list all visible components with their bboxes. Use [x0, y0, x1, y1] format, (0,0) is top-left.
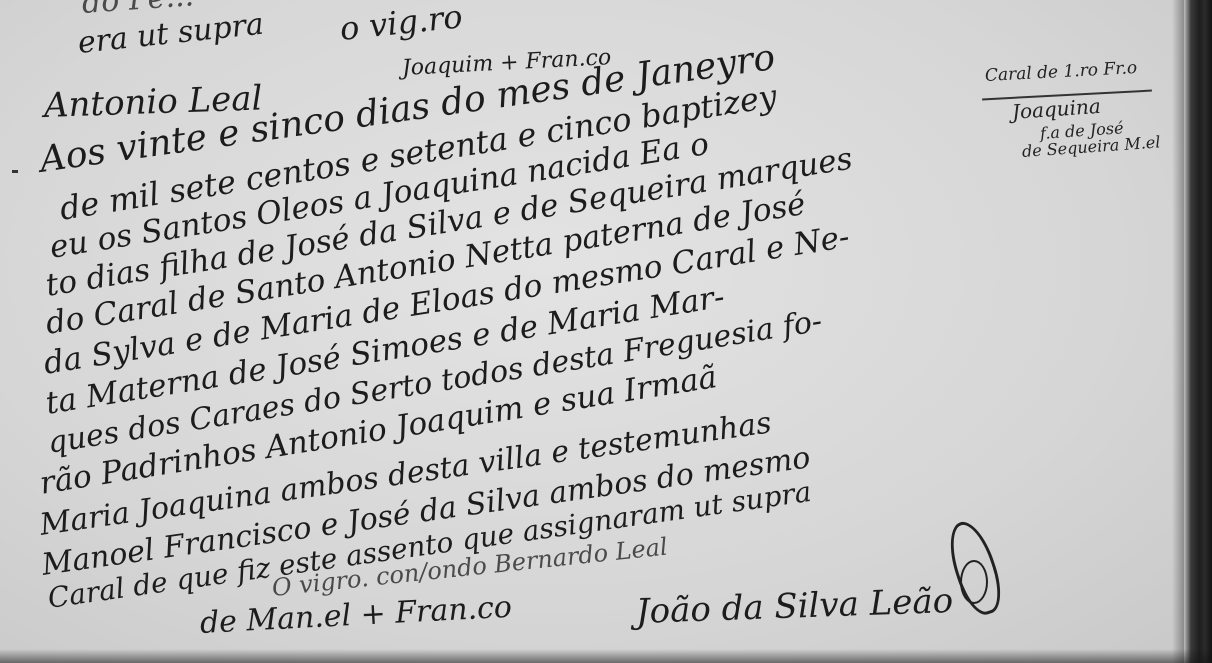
- entry-marker: [12, 170, 18, 173]
- register-page: do Pe... era ut supra o vig.ro Joaquim +…: [0, 0, 1212, 663]
- witness-mark-bottom: de Man.el + Fran.co: [199, 590, 513, 641]
- priest-signature: João da Silva Leão: [635, 581, 953, 632]
- signature-flourish-loop: [960, 560, 988, 604]
- margin-note-name: Joaquina: [1011, 94, 1101, 124]
- page-bottom-shadow: [0, 649, 1212, 663]
- margin-note-heading: Caral de 1.ro Fr.o: [984, 58, 1137, 86]
- book-binding-edge: [1184, 0, 1212, 663]
- previous-entry-vigario: o vig.ro: [338, 0, 464, 48]
- page-gutter-shadow: [1172, 0, 1184, 663]
